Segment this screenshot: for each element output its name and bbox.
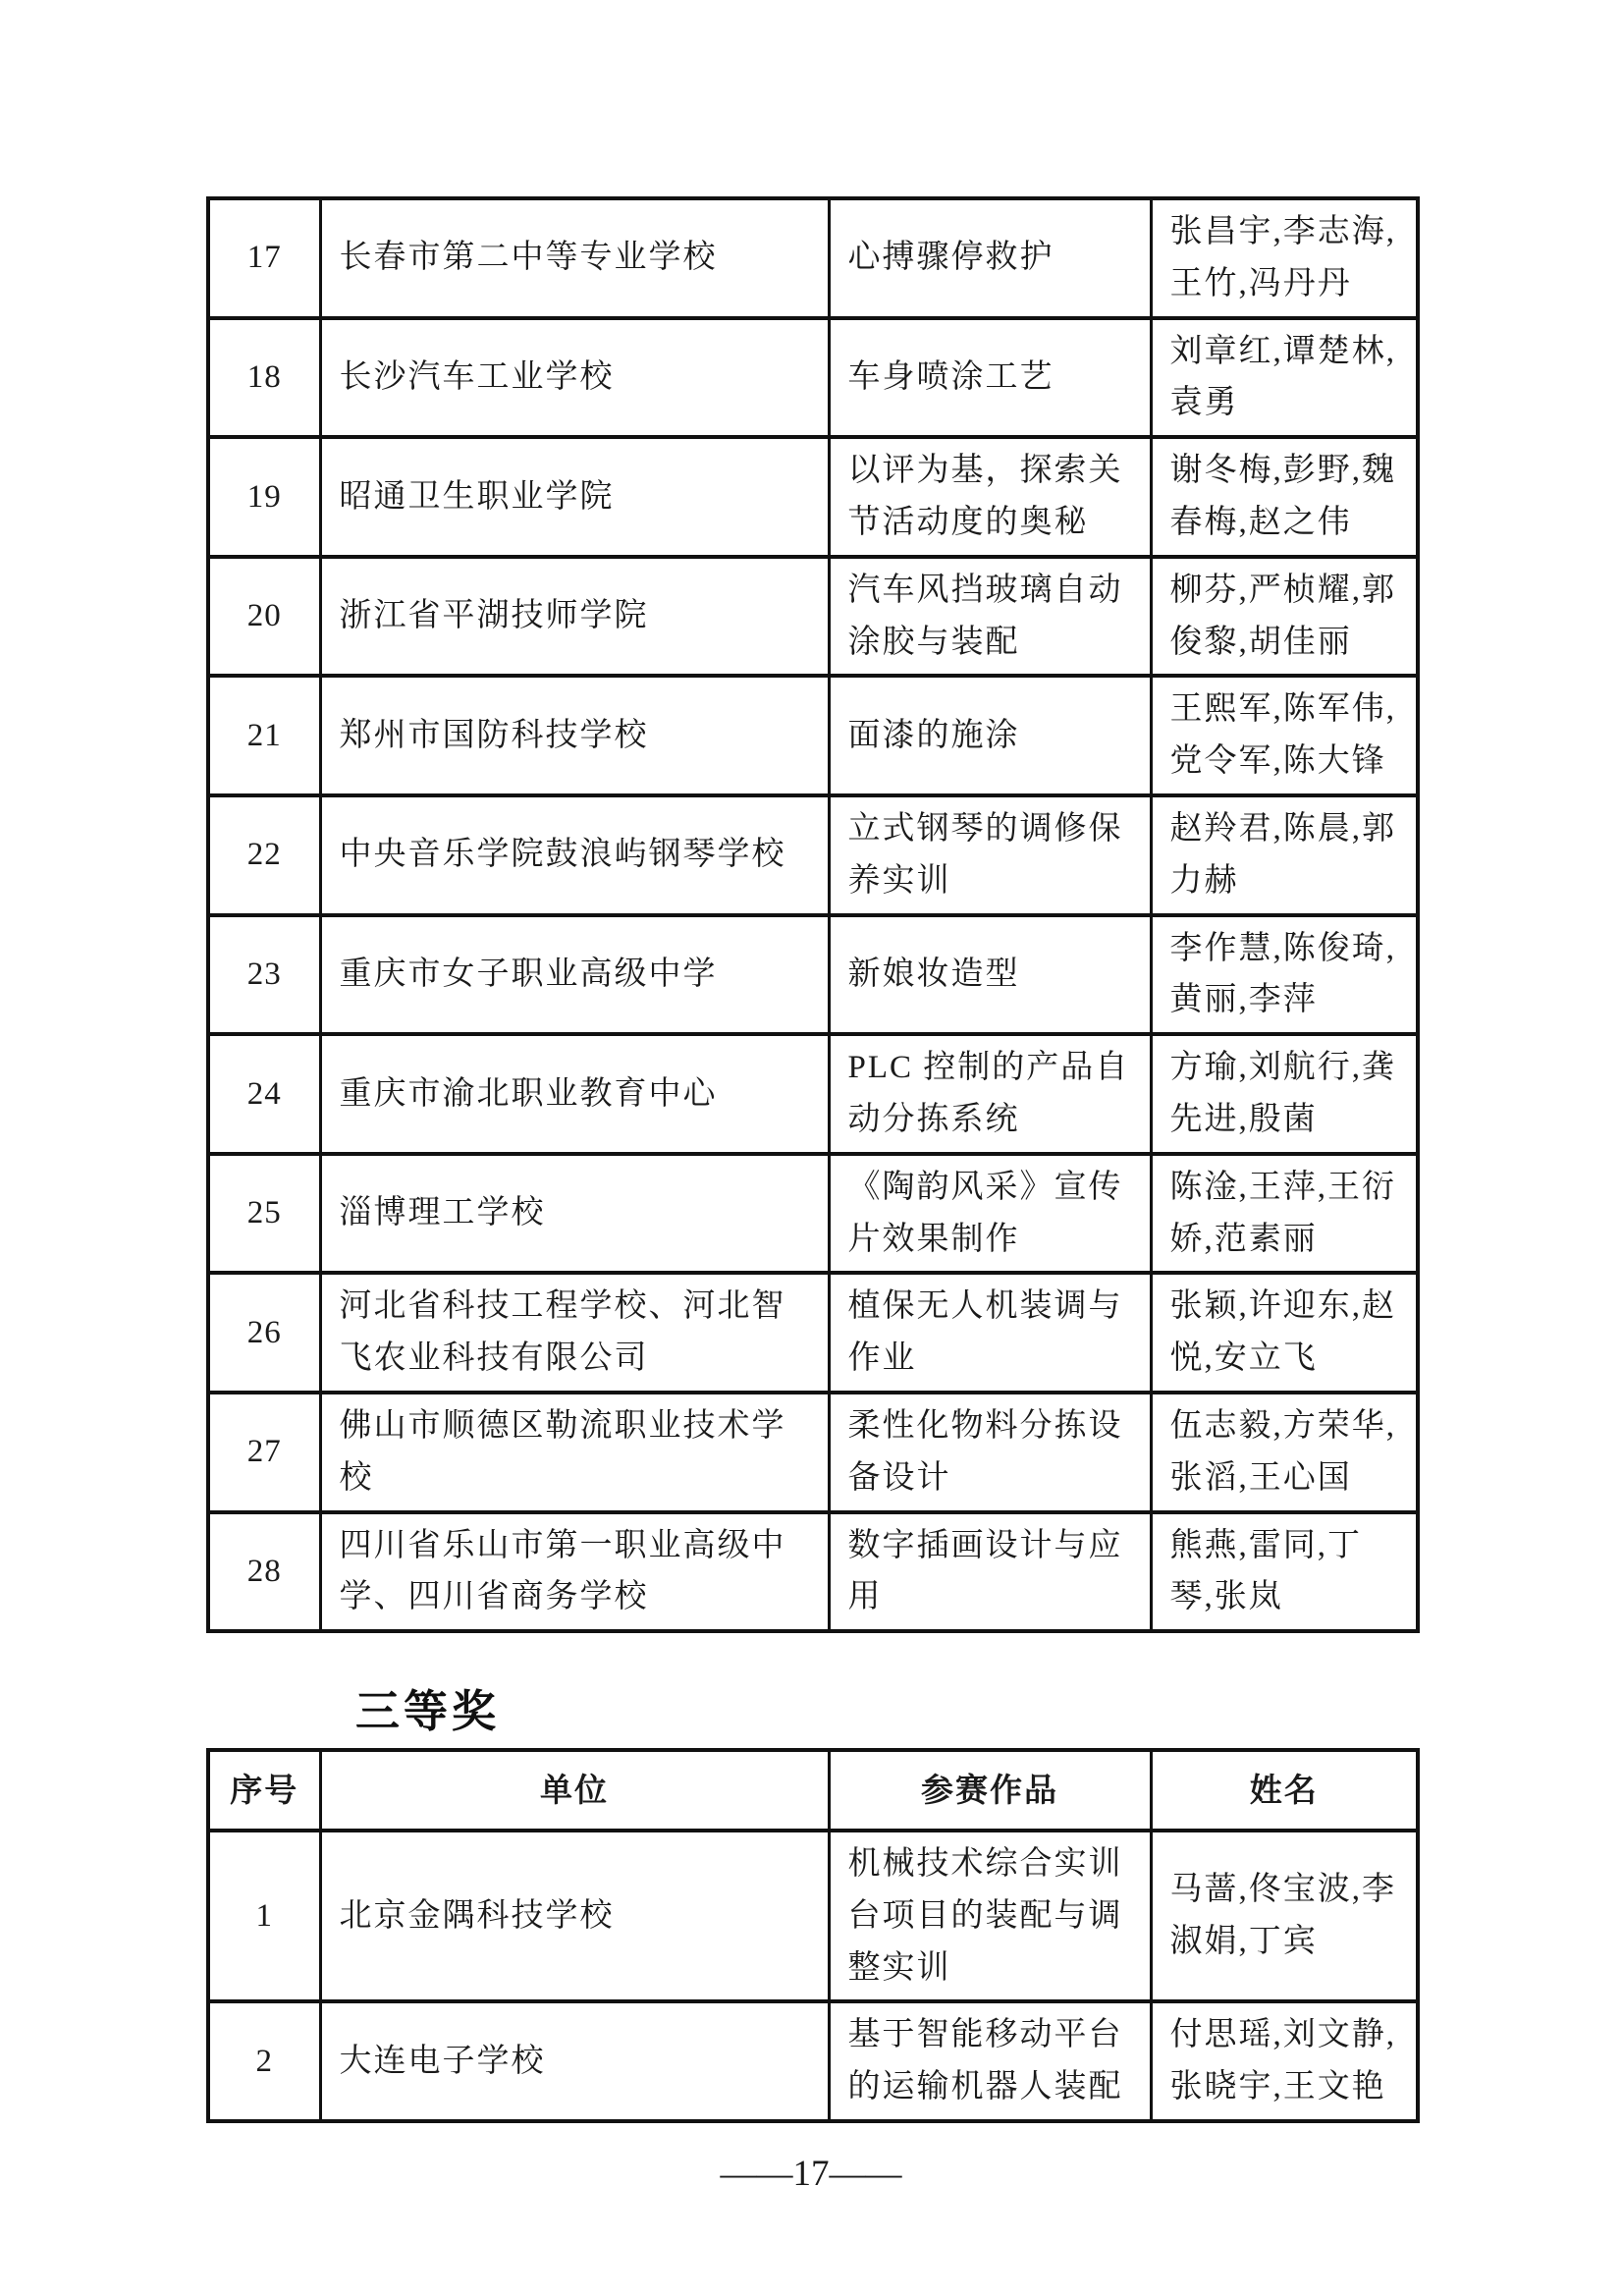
names-cell: 张颖,许迎东,赵悦,安立飞 xyxy=(1151,1273,1418,1393)
serial-cell: 26 xyxy=(208,1273,320,1393)
work-cell: 基于智能移动平台的运输机器人装配 xyxy=(829,2001,1151,2121)
header-work: 参赛作品 xyxy=(829,1750,1151,1831)
table-row: 17 长春市第二中等专业学校 心搏骤停救护 张昌宇,李志海,王竹,冯丹丹 xyxy=(208,198,1418,318)
header-names: 姓名 xyxy=(1151,1750,1418,1831)
page-number: ——17—— xyxy=(0,2153,1622,2195)
header-serial: 序号 xyxy=(208,1750,320,1831)
names-cell: 王熙军,陈军伟,党令军,陈大锋 xyxy=(1151,676,1418,795)
work-cell: 汽车风挡玻璃自动涂胶与装配 xyxy=(829,557,1151,677)
serial-cell: 22 xyxy=(208,795,320,915)
names-cell: 柳芬,严桢耀,郭俊黎,胡佳丽 xyxy=(1151,557,1418,677)
table-row: 1 北京金隅科技学校 机械技术综合实训台项目的装配与调整实训 马蔷,佟宝波,李淑… xyxy=(208,1831,1418,2001)
work-cell: 面漆的施涂 xyxy=(829,676,1151,795)
unit-cell: 长春市第二中等专业学校 xyxy=(320,198,829,318)
unit-cell: 重庆市女子职业高级中学 xyxy=(320,915,829,1035)
serial-cell: 2 xyxy=(208,2001,320,2121)
table-row: 20 浙江省平湖技师学院 汽车风挡玻璃自动涂胶与装配 柳芬,严桢耀,郭俊黎,胡佳… xyxy=(208,557,1418,677)
serial-cell: 1 xyxy=(208,1831,320,2001)
unit-cell: 长沙汽车工业学校 xyxy=(320,318,829,438)
table-row: 23 重庆市女子职业高级中学 新娘妆造型 李作慧,陈俊琦,黄丽,李萍 xyxy=(208,915,1418,1035)
names-cell: 张昌宇,李志海,王竹,冯丹丹 xyxy=(1151,198,1418,318)
unit-cell: 中央音乐学院鼓浪屿钢琴学校 xyxy=(320,795,829,915)
unit-cell: 重庆市渝北职业教育中心 xyxy=(320,1034,829,1154)
table-row: 2 大连电子学校 基于智能移动平台的运输机器人装配 付思瑶,刘文静,张晓宇,王文… xyxy=(208,2001,1418,2121)
work-cell: PLC 控制的产品自动分拣系统 xyxy=(829,1034,1151,1154)
work-cell: 新娘妆造型 xyxy=(829,915,1151,1035)
names-cell: 熊燕,雷同,丁琴,张岚 xyxy=(1151,1512,1418,1632)
work-cell: 柔性化物料分拣设备设计 xyxy=(829,1393,1151,1512)
table-row: 25 淄博理工学校 《陶韵风采》宣传片效果制作 陈淦,王萍,王衍娇,范素丽 xyxy=(208,1154,1418,1274)
names-cell: 马蔷,佟宝波,李淑娟,丁宾 xyxy=(1151,1831,1418,2001)
table-row: 18 长沙汽车工业学校 车身喷涂工艺 刘章红,谭楚林,袁勇 xyxy=(208,318,1418,438)
serial-cell: 28 xyxy=(208,1512,320,1632)
names-cell: 谢冬梅,彭野,魏春梅,赵之伟 xyxy=(1151,437,1418,557)
work-cell: 心搏骤停救护 xyxy=(829,198,1151,318)
names-cell: 伍志毅,方荣华,张滔,王心国 xyxy=(1151,1393,1418,1512)
header-unit: 单位 xyxy=(320,1750,829,1831)
table-row: 27 佛山市顺德区勒流职业技术学校 柔性化物料分拣设备设计 伍志毅,方荣华,张滔… xyxy=(208,1393,1418,1512)
serial-cell: 18 xyxy=(208,318,320,438)
unit-cell: 河北省科技工程学校、河北智飞农业科技有限公司 xyxy=(320,1273,829,1393)
unit-cell: 佛山市顺德区勒流职业技术学校 xyxy=(320,1393,829,1512)
serial-cell: 24 xyxy=(208,1034,320,1154)
unit-cell: 大连电子学校 xyxy=(320,2001,829,2121)
serial-cell: 20 xyxy=(208,557,320,677)
work-cell: 机械技术综合实训台项目的装配与调整实训 xyxy=(829,1831,1151,2001)
serial-cell: 17 xyxy=(208,198,320,318)
work-cell: 植保无人机装调与作业 xyxy=(829,1273,1151,1393)
serial-cell: 23 xyxy=(208,915,320,1035)
table-row: 19 昭通卫生职业学院 以评为基，探索关节活动度的奥秘 谢冬梅,彭野,魏春梅,赵… xyxy=(208,437,1418,557)
table-header-row: 序号 单位 参赛作品 姓名 xyxy=(208,1750,1418,1831)
serial-cell: 19 xyxy=(208,437,320,557)
table-row: 26 河北省科技工程学校、河北智飞农业科技有限公司 植保无人机装调与作业 张颖,… xyxy=(208,1273,1418,1393)
table-row: 24 重庆市渝北职业教育中心 PLC 控制的产品自动分拣系统 方瑜,刘航行,龚先… xyxy=(208,1034,1418,1154)
work-cell: 立式钢琴的调修保养实训 xyxy=(829,795,1151,915)
table-row: 21 郑州市国防科技学校 面漆的施涂 王熙军,陈军伟,党令军,陈大锋 xyxy=(208,676,1418,795)
unit-cell: 昭通卫生职业学院 xyxy=(320,437,829,557)
names-cell: 赵羚君,陈晨,郭力赫 xyxy=(1151,795,1418,915)
unit-cell: 淄博理工学校 xyxy=(320,1154,829,1274)
names-cell: 方瑜,刘航行,龚先进,殷菌 xyxy=(1151,1034,1418,1154)
unit-cell: 北京金隅科技学校 xyxy=(320,1831,829,2001)
work-cell: 车身喷涂工艺 xyxy=(829,318,1151,438)
second-prize-table: 17 长春市第二中等专业学校 心搏骤停救护 张昌宇,李志海,王竹,冯丹丹 18 … xyxy=(206,196,1420,1633)
work-cell: 《陶韵风采》宣传片效果制作 xyxy=(829,1154,1151,1274)
names-cell: 刘章红,谭楚林,袁勇 xyxy=(1151,318,1418,438)
work-cell: 数字插画设计与应用 xyxy=(829,1512,1151,1632)
unit-cell: 四川省乐山市第一职业高级中学、四川省商务学校 xyxy=(320,1512,829,1632)
serial-cell: 21 xyxy=(208,676,320,795)
names-cell: 陈淦,王萍,王衍娇,范素丽 xyxy=(1151,1154,1418,1274)
table-row: 28 四川省乐山市第一职业高级中学、四川省商务学校 数字插画设计与应用 熊燕,雷… xyxy=(208,1512,1418,1632)
document-page: 17 长春市第二中等专业学校 心搏骤停救护 张昌宇,李志海,王竹,冯丹丹 18 … xyxy=(0,0,1622,2296)
unit-cell: 浙江省平湖技师学院 xyxy=(320,557,829,677)
serial-cell: 25 xyxy=(208,1154,320,1274)
serial-cell: 27 xyxy=(208,1393,320,1512)
names-cell: 付思瑶,刘文静,张晓宇,王文艳 xyxy=(1151,2001,1418,2121)
names-cell: 李作慧,陈俊琦,黄丽,李萍 xyxy=(1151,915,1418,1035)
unit-cell: 郑州市国防科技学校 xyxy=(320,676,829,795)
work-cell: 以评为基，探索关节活动度的奥秘 xyxy=(829,437,1151,557)
table-row: 22 中央音乐学院鼓浪屿钢琴学校 立式钢琴的调修保养实训 赵羚君,陈晨,郭力赫 xyxy=(208,795,1418,915)
section-heading-third-prize: 三等奖 xyxy=(355,1675,500,1739)
third-prize-table: 序号 单位 参赛作品 姓名 1 北京金隅科技学校 机械技术综合实训台项目的装配与… xyxy=(206,1748,1420,2123)
